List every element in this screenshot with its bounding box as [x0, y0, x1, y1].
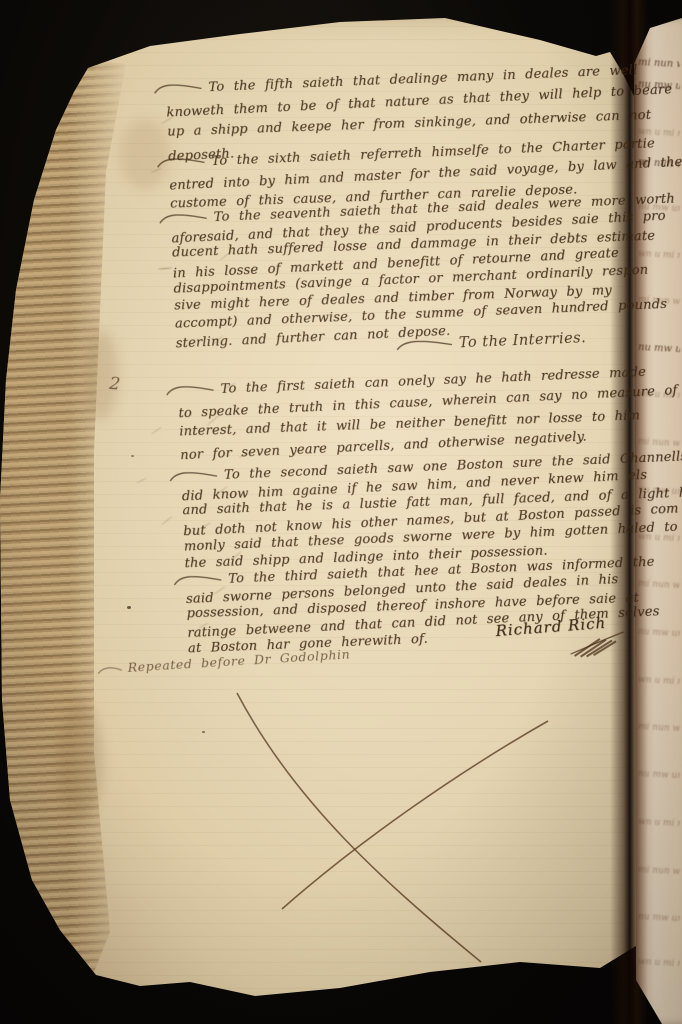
- paragraph-swash: [169, 468, 219, 483]
- margin-note-swash: [97, 664, 124, 676]
- interrogatory-answer-second: To the second saieth saw one Boston sure…: [181, 448, 682, 575]
- paragraph-swash: [156, 154, 206, 169]
- paragraph-swash: [173, 572, 223, 587]
- heading-swash: [396, 337, 454, 352]
- manuscript-photo: mi nun w u nu mw un m wn u mi n mi nun w…: [0, 0, 682, 1024]
- margin-mark: 2: [108, 374, 121, 395]
- paragraph-swash: [158, 210, 208, 225]
- signature-flourish: [566, 628, 629, 658]
- paragraph-swash: [153, 80, 203, 95]
- paragraph-swash: [165, 382, 215, 397]
- deposition-paragraph-seventh: To the seaventh saieth that the said dea…: [170, 191, 682, 352]
- cross-out-mark: [200, 678, 560, 978]
